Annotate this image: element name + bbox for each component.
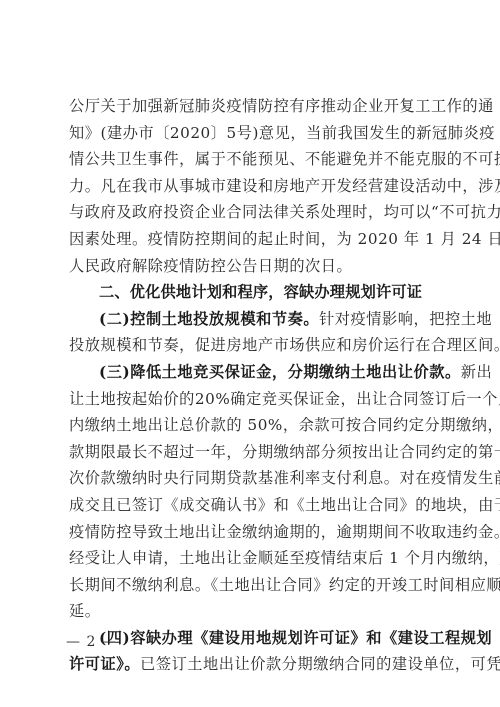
item-3-line: (三)降低土地竞买保证金，分期缴纳土地出让价款。新出 — [69, 359, 438, 386]
item-4-line: 许可证》。已签订土地出让价款分期缴纳合同的建设单位，可凭 — [69, 651, 438, 678]
page-number: — 2 — — [66, 634, 117, 650]
body-line: 公厅关于加强新冠肺炎疫情防控有序推动企业开复工工作的通 — [69, 93, 438, 120]
document-page: 公厅关于加强新冠肺炎疫情防控有序推动企业开复工工作的通 知》(建办市〔2020〕… — [69, 93, 438, 678]
item-4-title-end: 许可证》。 — [69, 655, 140, 673]
item-3-title: (三)降低土地竞买保证金，分期缴纳土地出让价款。 — [99, 363, 461, 381]
item-2-title: (二)控制土地投放规模和节奏。 — [99, 310, 319, 328]
item-3-line: 成交且已签订《成交确认书》和《土地出让合同》的地块，由于 — [69, 492, 438, 519]
body-line: 力。凡在我市从事城市建设和房地产开发经营建设活动中，涉及 — [69, 173, 438, 200]
item-3-text: 新出 — [461, 363, 492, 381]
item-3-line: 长期间不缴纳利息。《土地出让合同》约定的开竣工时间相应顺 — [69, 572, 438, 599]
body-line: 知》(建办市〔2020〕5号)意见，当前我国发生的新冠肺炎疫 — [69, 120, 438, 147]
item-2-line: (二)控制土地投放规模和节奏。针对疫情影响，把控土地 — [69, 306, 438, 333]
section-heading: 二、优化供地计划和程序，容缺办理规划许可证 — [69, 279, 438, 306]
body-line: 情公共卫生事件，属于不能预见、不能避免并不能克服的不可抗 — [69, 146, 438, 173]
item-3-line: 款期限最长不超过一年，分期缴纳部分须按出让合同约定的第一 — [69, 439, 438, 466]
item-3-line: 次价款缴纳时央行同期贷款基准利率支付利息。对在疫情发生前 — [69, 465, 438, 492]
body-line: 因素处理。疫情防控期间的起止时间，为 2020 年 1 月 24 日至省 — [69, 226, 438, 253]
body-line: 与政府及政府投资企业合同法律关系处理时，均可以“不可抗力” — [69, 199, 438, 226]
item-3-line: 经受让人申请，土地出让金顺延至疫情结束后 1 个月内缴纳，延 — [69, 545, 438, 572]
item-4-title: (四)容缺办理《建设用地规划许可证》和《建设工程规划 — [69, 625, 438, 652]
item-3-line: 疫情防控导致土地出让金缴纳逾期的，逾期期间不收取违约金。 — [69, 519, 438, 546]
item-3-line: 让土地按起始价的20%确定竞买保证金，出让合同签订后一个月 — [69, 386, 438, 413]
item-2-line: 投放规模和节奏，促进房地产市场供应和房价运行在合理区间。 — [69, 332, 438, 359]
item-3-line: 延。 — [69, 598, 438, 625]
item-2-text: 针对疫情影响，把控土地 — [319, 310, 492, 328]
item-3-line: 内缴纳土地出让总价款的 50%，余款可按合同约定分期缴纳，缴 — [69, 412, 438, 439]
item-4-text: 已签订土地出让价款分期缴纳合同的建设单位，可凭 — [140, 655, 500, 673]
body-line: 人民政府解除疫情防控公告日期的次日。 — [69, 253, 438, 280]
